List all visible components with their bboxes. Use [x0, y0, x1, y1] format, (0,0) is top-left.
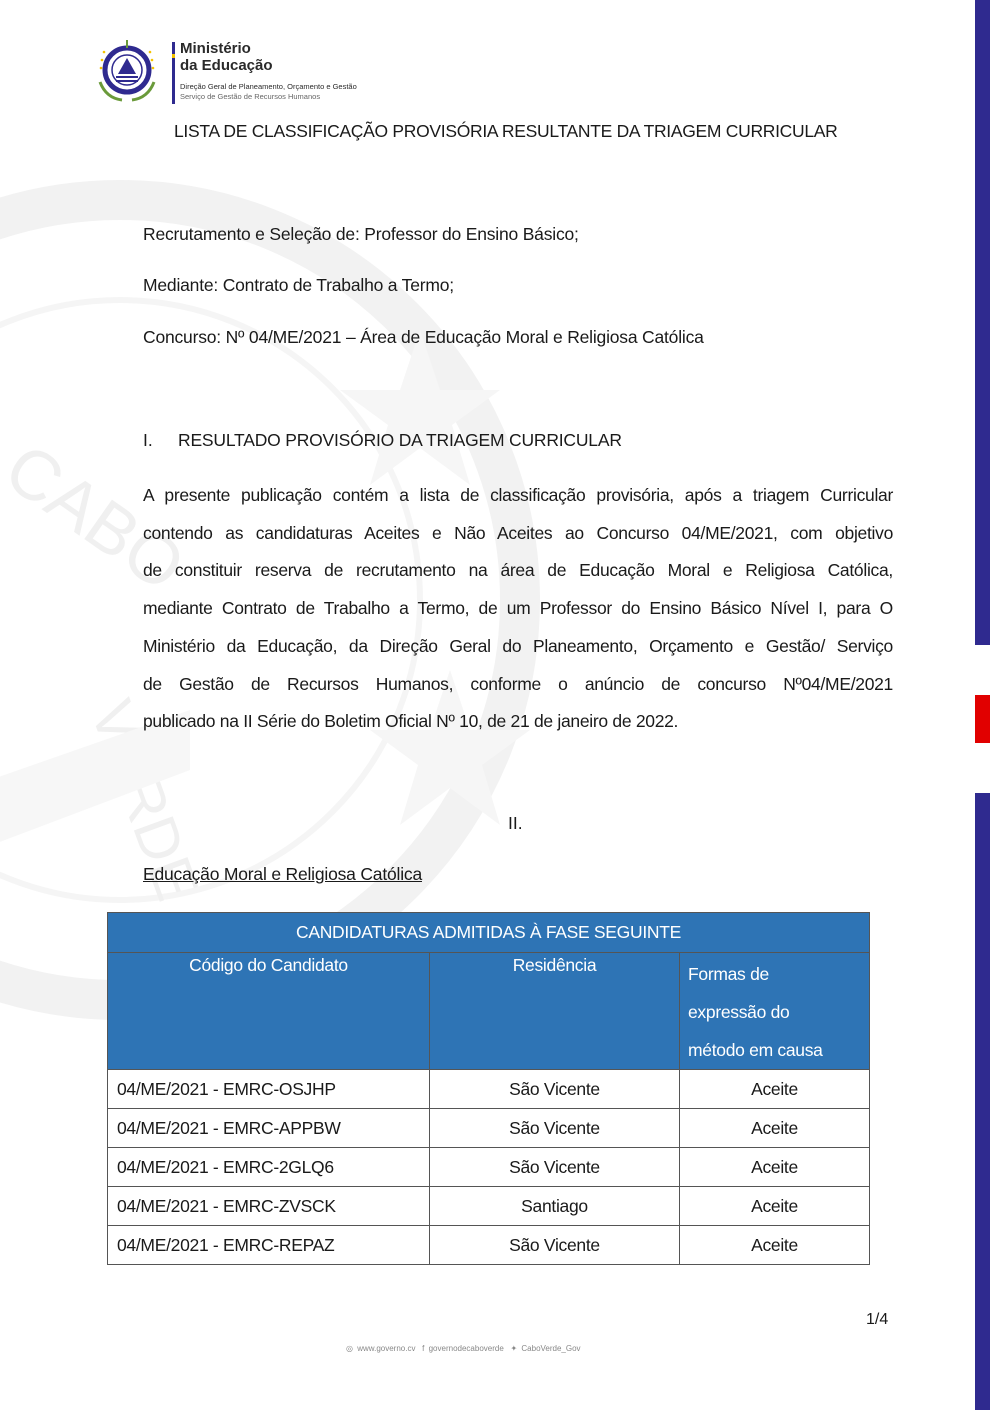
column-header-method-line: expressão do [688, 993, 861, 1031]
candidate-code-cell: 04/ME/2021 - EMRC-REPAZ [108, 1226, 430, 1265]
footer-links: ◎ www.governo.cv f governodecaboverde ✦ … [346, 1344, 581, 1353]
edge-stripe-blue-bottom [975, 793, 990, 1410]
paragraph-line: publicado na II Série do Boletim Oficial… [143, 703, 893, 741]
column-header-method: Formas de expressão do método em causa [680, 953, 870, 1070]
logo-title-line1: Ministério [180, 40, 273, 57]
column-header-residence: Residência [430, 953, 680, 1070]
column-header-method-line: Formas de [688, 955, 861, 993]
logo-title-line2: da Educação [180, 57, 273, 74]
column-header-method-line: método em causa [688, 1031, 861, 1069]
candidate-code-cell: 04/ME/2021 - EMRC-OSJHP [108, 1070, 430, 1109]
facebook-icon: f [422, 1344, 424, 1353]
paragraph-line: Ministério da Educação, da Direção Geral… [143, 628, 893, 666]
status-cell: Aceite [680, 1148, 870, 1187]
paragraph-line: A presente publicação contém a lista de … [143, 477, 893, 515]
table-row: 04/ME/2021 - EMRC-OSJHPSão VicenteAceite [108, 1070, 870, 1109]
residence-cell: São Vicente [430, 1226, 680, 1265]
table-row: 04/ME/2021 - EMRC-APPBWSão VicenteAceite [108, 1109, 870, 1148]
edge-stripe-blue-top [975, 0, 990, 645]
residence-cell: São Vicente [430, 1109, 680, 1148]
section-1-paragraph: A presente publicação contém a lista de … [143, 477, 893, 741]
logo-divider-accent [172, 54, 175, 58]
facebook-link[interactable]: governodecaboverde [429, 1344, 504, 1353]
cabo-verde-coat-of-arms-icon [92, 38, 162, 106]
logo-title: Ministério da Educação [180, 40, 273, 74]
logo-subtitle-directorate: Direção Geral de Planeamento, Orçamento … [180, 82, 357, 91]
residence-cell: São Vicente [430, 1148, 680, 1187]
table-body: 04/ME/2021 - EMRC-OSJHPSão VicenteAceite… [108, 1070, 870, 1265]
residence-cell: São Vicente [430, 1070, 680, 1109]
section-1-number: I. [143, 430, 153, 451]
twitter-link[interactable]: CaboVerde_Gov [521, 1344, 580, 1353]
section-1-title: RESULTADO PROVISÓRIO DA TRIAGEM CURRICUL… [178, 430, 622, 451]
edge-stripe-red [975, 695, 990, 743]
paragraph-line: de Gestão de Recursos Humanos, conforme … [143, 666, 893, 704]
logo-divider [172, 42, 175, 104]
table-row: 04/ME/2021 - EMRC-2GLQ6São VicenteAceite [108, 1148, 870, 1187]
document-title: LISTA DE CLASSIFICAÇÃO PROVISÓRIA RESULT… [174, 121, 838, 142]
paragraph-line: contendo as candidaturas Aceites e Não A… [143, 515, 893, 553]
section-2-number: II. [508, 813, 523, 834]
section-2-subheading: Educação Moral e Religiosa Católica [143, 864, 422, 885]
recruitment-line: Recrutamento e Seleção de: Professor do … [143, 224, 579, 245]
candidate-code-cell: 04/ME/2021 - EMRC-ZVSCK [108, 1187, 430, 1226]
globe-icon: ◎ [346, 1344, 353, 1353]
status-cell: Aceite [680, 1109, 870, 1148]
status-cell: Aceite [680, 1226, 870, 1265]
ministry-logo: Ministério da Educação Direção Geral de … [88, 38, 388, 108]
twitter-icon: ✦ [510, 1344, 517, 1353]
paragraph-line: de constituir reserva de recrutamento na… [143, 552, 893, 590]
paragraph-line: mediante Contrato de Trabalho a Termo, d… [143, 590, 893, 628]
page-number: 1/4 [866, 1311, 888, 1329]
table-row: 04/ME/2021 - EMRC-REPAZSão VicenteAceite [108, 1226, 870, 1265]
column-header-code: Código do Candidato [108, 953, 430, 1070]
website-link[interactable]: www.governo.cv [357, 1344, 415, 1353]
admitted-candidates-table: CANDIDATURAS ADMITIDAS À FASE SEGUINTE C… [107, 912, 870, 1265]
candidate-code-cell: 04/ME/2021 - EMRC-APPBW [108, 1109, 430, 1148]
residence-cell: Santiago [430, 1187, 680, 1226]
contract-line: Mediante: Contrato de Trabalho a Termo; [143, 275, 454, 296]
contest-line: Concurso: Nº 04/ME/2021 – Área de Educaç… [143, 327, 704, 348]
table-caption: CANDIDATURAS ADMITIDAS À FASE SEGUINTE [108, 913, 870, 953]
table-row: 04/ME/2021 - EMRC-ZVSCKSantiagoAceite [108, 1187, 870, 1226]
status-cell: Aceite [680, 1187, 870, 1226]
logo-subtitle-service: Serviço de Gestão de Recursos Humanos [180, 92, 320, 101]
candidate-code-cell: 04/ME/2021 - EMRC-2GLQ6 [108, 1148, 430, 1187]
status-cell: Aceite [680, 1070, 870, 1109]
